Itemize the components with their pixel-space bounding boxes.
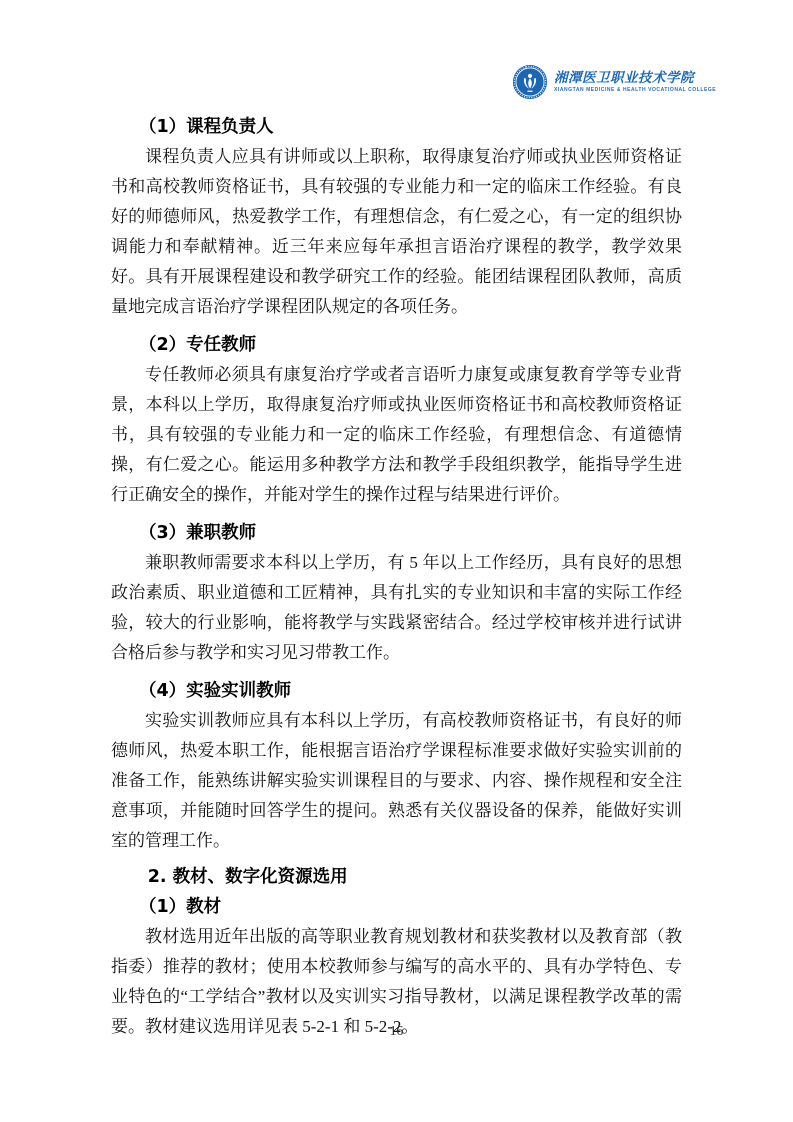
document-page: 湘潭医卫职业技术学院 XIANGTAN MEDICINE & HEALTH VO… — [0, 0, 793, 1122]
college-logo: 湘潭医卫职业技术学院 XIANGTAN MEDICINE & HEALTH VO… — [512, 64, 716, 100]
heading-teaching-materials-resources: 2. 教材、数字化资源选用 — [111, 862, 682, 892]
college-seal-icon — [512, 64, 548, 100]
paragraph-course-leader: 课程负责人应具有讲师或以上职称，取得康复治疗师或执业医师资格证书和高校教师资格证… — [111, 142, 682, 322]
paragraph-parttime-teachers: 兼职教师需要求本科以上学历，有 5 年以上工作经历，具有良好的思想政治素质、职业… — [111, 548, 682, 668]
heading-course-leader: （1）课程负责人 — [111, 112, 682, 142]
document-content: （1）课程负责人 课程负责人应具有讲师或以上职称，取得康复治疗师或执业医师资格证… — [111, 112, 682, 1042]
paragraph-fulltime-teachers: 专任教师必须具有康复治疗学或者言语听力康复或康复教育学等专业背景，本科以上学历，… — [111, 360, 682, 510]
college-logo-text: 湘潭医卫职业技术学院 XIANGTAN MEDICINE & HEALTH VO… — [554, 70, 716, 94]
page-number: 16 — [0, 1022, 793, 1040]
college-name-zh: 湘潭医卫职业技术学院 — [554, 70, 716, 87]
heading-fulltime-teachers: （2）专任教师 — [111, 330, 682, 360]
paragraph-lab-training-teachers: 实验实训教师应具有本科以上学历，有高校教师资格证书，有良好的师德师风，热爱本职工… — [111, 706, 682, 856]
college-name-en: XIANGTAN MEDICINE & HEALTH VOCATIONAL CO… — [554, 87, 716, 94]
heading-parttime-teachers: （3）兼职教师 — [111, 518, 682, 548]
heading-teaching-materials: （1）教材 — [111, 892, 682, 922]
heading-lab-training-teachers: （4）实验实训教师 — [111, 676, 682, 706]
